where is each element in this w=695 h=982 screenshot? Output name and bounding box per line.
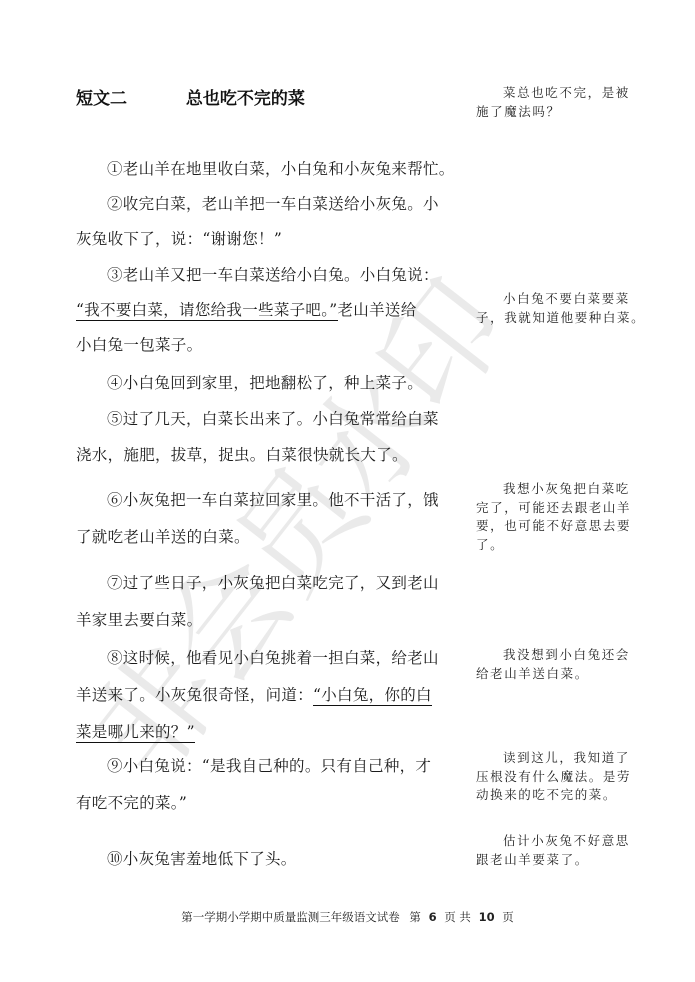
page-total: 10 [475,910,499,924]
note-line: 完了，可能还去跟老山羊 [476,499,636,518]
page-suffix: 页 [502,910,514,924]
paragraph-text: 羊送来了。小灰兔很奇怪，问道： [76,686,313,704]
paragraph-5: ⑤过了几天，白菜长出来了。小白兔常常给白菜 浇水，施肥，拔草，捉虫。白菜很快就长… [76,405,450,470]
paragraph-line: ⑤过了几天，白菜长出来了。小白兔常常给白菜 [76,405,450,434]
paragraph-line: 有吃不完的菜。” [76,789,450,818]
paragraph-8: ⑧这时候，他看见小白兔挑着一担白菜，给老山 羊送来了。小灰兔很奇怪，问道：“小白… [76,644,450,747]
margin-note-3: 我想小灰兔把白菜吃 完了，可能还去跟老山羊 要，也可能不好意思去要 了。 [476,480,636,554]
paragraph-line: 菜是哪儿来的？” [76,718,450,747]
paragraph-2: ②收完白菜，老山羊把一车白菜送给小灰兔。小 灰兔收下了，说：“谢谢您！” [76,190,450,254]
note-line: 给老山羊送白菜。 [476,665,636,684]
paragraph-line: ④小白兔回到家里，把地翻松了，种上菜子。 [76,369,450,398]
paragraph-line: ⑦过了些日子，小灰兔把白菜吃完了，又到老山 [76,569,450,598]
paragraph-7: ⑦过了些日子，小灰兔把白菜吃完了，又到老山 羊家里去要白菜。 [76,569,450,635]
page-mid: 页 共 [444,910,471,924]
underlined-quote: “我不要白菜，请您给我一些菜子吧。” [76,301,338,321]
note-line: 我没想到小白兔还会 [476,646,636,665]
margin-note-1: 菜总也吃不完，是被 施了魔法吗？ [476,84,636,121]
paragraph-line: ⑧这时候，他看见小白兔挑着一担白菜，给老山 [76,644,450,673]
paragraph-line: 了就吃老山羊送的白菜。 [76,523,450,552]
paragraph-3: ③老山羊又把一车白菜送给小白兔。小白兔说： “我不要白菜，请您给我一些菜子吧。”… [76,261,450,360]
passage-title: 总也吃不完的菜 [186,84,305,109]
paragraph-text: 老山羊送给 [338,301,417,319]
note-line: 动换来的吃不完的菜。 [476,786,636,805]
note-line: 压根没有什么魔法。是劳 [476,768,636,787]
paragraph-9: ⑨小白兔说：“是我自己种的。只有自己种，才 有吃不完的菜。” [76,752,450,818]
note-line: 施了魔法吗？ [476,103,636,122]
underlined-quote: 菜是哪儿来的？” [76,723,195,743]
exam-title: 第一学期小学期中质量监测三年级语文试卷 [181,910,400,924]
paragraph-line: 浇水，施肥，拔草，捉虫。白菜很快就长大了。 [76,441,450,470]
page-footer: 第一学期小学期中质量监测三年级语文试卷 第 6 页 共 10 页 [0,909,695,925]
margin-note-2: 小白兔不要白菜要菜 子，我就知道他要种白菜。 [476,290,636,327]
paragraph-line: ⑥小灰兔把一车白菜拉回家里。他不干活了，饿 [76,486,450,515]
margin-note-6: 估计小灰兔不好意思 跟老山羊要菜了。 [476,832,636,869]
paragraph-line: 羊家里去要白菜。 [76,606,450,635]
paragraph-line: ①老山羊在地里收白菜，小白兔和小灰兔来帮忙。 [76,155,450,184]
note-line: 了。 [476,536,636,555]
passage-header: 短文二 总也吃不完的菜 [76,84,305,109]
section-label: 短文二 [76,84,180,109]
note-line: 子，我就知道他要种白菜。 [476,309,636,328]
note-line: 小白兔不要白菜要菜 [476,290,636,309]
paragraph-line: 小白兔一包菜子。 [76,331,450,360]
underlined-quote: “小白兔，你的白 [313,686,432,706]
paragraph-10: ⑩小灰兔害羞地低下了头。 [76,845,450,874]
margin-note-4: 我没想到小白兔还会 给老山羊送白菜。 [476,646,636,683]
paragraph-line: ⑨小白兔说：“是我自己种的。只有自己种，才 [76,752,450,781]
margin-note-5: 读到这儿，我知道了 压根没有什么魔法。是劳 动换来的吃不完的菜。 [476,749,636,805]
note-line: 跟老山羊要菜了。 [476,851,636,870]
paragraph-4: ④小白兔回到家里，把地翻松了，种上菜子。 [76,369,450,398]
page-prefix: 第 [409,910,421,924]
paragraph-1: ①老山羊在地里收白菜，小白兔和小灰兔来帮忙。 [76,155,450,184]
note-line: 读到这儿，我知道了 [476,749,636,768]
paragraph-line: ⑩小灰兔害羞地低下了头。 [76,845,450,874]
paragraph-line: “我不要白菜，请您给我一些菜子吧。”老山羊送给 [76,296,450,325]
note-line: 菜总也吃不完，是被 [476,84,636,103]
note-line: 我想小灰兔把白菜吃 [476,480,636,499]
note-line: 要，也可能不好意思去要 [476,517,636,536]
paragraph-6: ⑥小灰兔把一车白菜拉回家里。他不干活了，饿 了就吃老山羊送的白菜。 [76,486,450,552]
note-line: 估计小灰兔不好意思 [476,832,636,851]
exam-page: 非会员水印 短文二 总也吃不完的菜 ①老山羊在地里收白菜，小白兔和小灰兔来帮忙。… [0,0,695,982]
paragraph-line: 灰兔收下了，说：“谢谢您！” [76,225,450,254]
paragraph-line: ②收完白菜，老山羊把一车白菜送给小灰兔。小 [76,190,450,219]
paragraph-line: ③老山羊又把一车白菜送给小白兔。小白兔说： [76,261,450,290]
paragraph-line: 羊送来了。小灰兔很奇怪，问道：“小白兔，你的白 [76,681,450,710]
page-current: 6 [425,910,441,924]
